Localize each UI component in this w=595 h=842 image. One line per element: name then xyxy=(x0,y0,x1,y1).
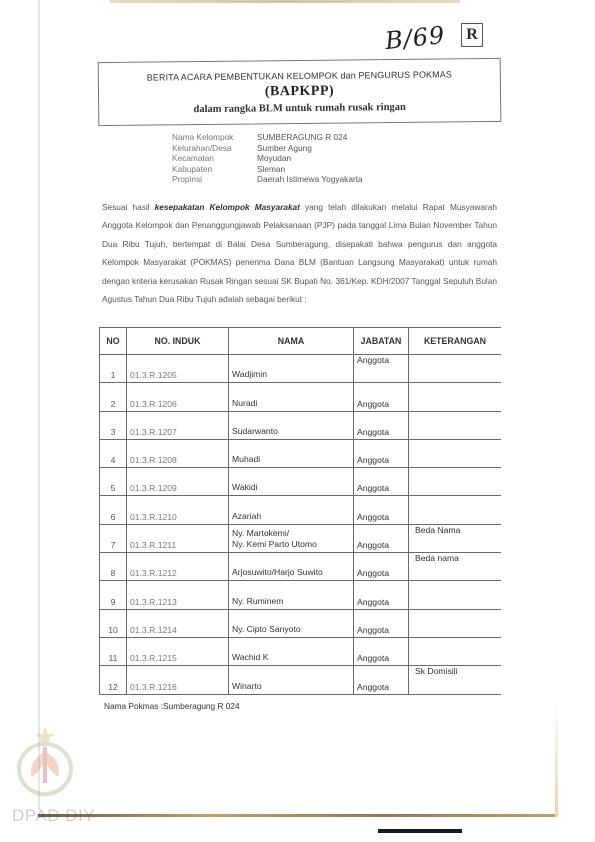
info-row: Nama Kelompok SUMBERAGUNG R 024 xyxy=(172,132,363,143)
pokmas-label: Nama Pokmas xyxy=(104,701,158,711)
cell-jabatan: Anggota xyxy=(354,496,409,524)
cell-jabatan: Anggota xyxy=(354,411,409,439)
info-row: Kelurahan/Desa Sumber Agung xyxy=(172,143,363,154)
cell-keterangan xyxy=(409,637,502,665)
cell-no: 8 xyxy=(100,553,127,581)
cell-no: 1 xyxy=(100,355,127,383)
paragraph-pre: Sesuai hasil xyxy=(102,202,155,212)
scan-bottom-edge xyxy=(38,814,556,817)
cell-jabatan: Anggota xyxy=(354,609,409,637)
cell-keterangan: Sk Domisili xyxy=(409,666,502,694)
info-row: Propinsi Daerah Istimewa Yogyakarta xyxy=(172,174,363,185)
info-label: Kabupaten xyxy=(172,164,257,175)
cell-no-induk: 01.3.R.1205 xyxy=(127,355,229,383)
members-table: NO NO. INDUK NAMA JABATAN KETERANGAN 101… xyxy=(99,327,501,695)
cell-no-induk: 01.3.R.1215 xyxy=(127,637,229,665)
table-row: 601.3.R.1210AzariahAnggota xyxy=(100,496,502,524)
cell-no: 7 xyxy=(100,524,127,552)
cell-no: 11 xyxy=(100,637,127,665)
scan-left-edge xyxy=(38,0,40,810)
info-label: Propinsi xyxy=(172,174,257,185)
cell-nama: Azariah xyxy=(229,496,354,524)
cell-no: 3 xyxy=(100,411,127,439)
cell-no-induk: 01.3.R.1207 xyxy=(127,411,229,439)
cell-keterangan xyxy=(409,468,502,496)
pokmas-value: :Sumberagung R 024 xyxy=(161,701,240,711)
paragraph-emphasis: kesepakatan Kelompok Masyarakat xyxy=(155,202,300,212)
cell-nama: Wadjimin xyxy=(229,355,354,383)
info-label: Kelurahan/Desa xyxy=(172,143,257,154)
header-no: NO xyxy=(100,328,127,355)
info-value: Sleman xyxy=(257,164,285,175)
cell-jabatan: Anggota xyxy=(354,666,409,694)
title-line-1: BERITA ACARA PEMBENTUKAN KELOMPOK dan PE… xyxy=(99,69,500,83)
title-line-2: (BAPKPP) xyxy=(99,82,500,102)
cell-nama: Sudarwanto xyxy=(229,411,354,439)
cell-jabatan: Anggota xyxy=(354,439,409,467)
cell-nama: Ny. Ruminem xyxy=(229,581,354,609)
cell-no-induk: 01.3.R.1211 xyxy=(127,524,229,552)
cell-no-induk: 01.3.R.1214 xyxy=(127,609,229,637)
table-row: 301.3.R.1207SudarwantoAnggota xyxy=(100,411,502,439)
cell-jabatan: Anggota xyxy=(354,383,409,411)
cell-no: 4 xyxy=(100,439,127,467)
table-row: 201.3.R.1206NuradiAnggota xyxy=(100,383,502,411)
info-label: Kecamatan xyxy=(172,153,257,164)
header-nama: NAMA xyxy=(229,328,354,355)
cell-keterangan xyxy=(409,383,502,411)
cell-nama: Muhadi xyxy=(229,439,354,467)
cell-nama: Winarto xyxy=(229,666,354,694)
cell-keterangan xyxy=(409,581,502,609)
cell-jabatan: Anggota xyxy=(354,553,409,581)
cell-jabatan: Anggota xyxy=(354,637,409,665)
info-row: Kecamatan Moyudan xyxy=(172,153,363,164)
info-value: SUMBERAGUNG R 024 xyxy=(257,132,347,143)
info-row: Kabupaten Sleman xyxy=(172,164,363,175)
cell-nama: Wachid K xyxy=(229,637,354,665)
table-row: 901.3.R.1213Ny. RuminemAnggota xyxy=(100,581,502,609)
scan-top-edge xyxy=(110,0,460,3)
cell-jabatan: Anggota xyxy=(354,468,409,496)
table-row: 1101.3.R.1215Wachid KAnggota xyxy=(100,637,502,665)
table-row: 501.3.R.1209WakidiAnggota xyxy=(100,468,502,496)
cell-no-induk: 01.3.R.1206 xyxy=(127,383,229,411)
cell-jabatan: Anggota xyxy=(354,581,409,609)
cell-no: 2 xyxy=(100,383,127,411)
cell-nama: Nuradi xyxy=(229,383,354,411)
cell-no-induk: 01.3.R.1210 xyxy=(127,496,229,524)
info-value: Sumber Agung xyxy=(257,143,312,154)
document-title-box: BERITA ACARA PEMBENTUKAN KELOMPOK dan PE… xyxy=(98,58,502,126)
cell-keterangan: Beda nama xyxy=(409,553,502,581)
info-value: Daerah Istimewa Yogyakarta xyxy=(257,174,363,185)
agreement-paragraph: Sesuai hasil kesepakatan Kelompok Masyar… xyxy=(102,198,497,308)
cell-no: 6 xyxy=(100,496,127,524)
cell-no-induk: 01.3.R.1213 xyxy=(127,581,229,609)
yogyakarta-emblem-icon xyxy=(14,725,76,801)
title-line-3: dalam rangka BLM untuk rumah rusak ringa… xyxy=(99,101,500,116)
header-jabatan: JABATAN xyxy=(354,328,409,355)
cell-no-induk: 01.3.R.1216 xyxy=(127,666,229,694)
boxed-letter: R xyxy=(461,23,483,47)
cell-no: 5 xyxy=(100,468,127,496)
cell-no-induk: 01.3.R.1208 xyxy=(127,439,229,467)
cell-keterangan: Beda Nama xyxy=(409,524,502,552)
cell-no: 9 xyxy=(100,581,127,609)
header-keterangan: KETERANGAN xyxy=(409,328,502,355)
cell-keterangan xyxy=(409,411,502,439)
paragraph-post: yang telah dilakukan melalui Rapat Musya… xyxy=(102,202,497,304)
table-row: 1001.3.R.1214Ny. Cipto SanyotoAnggota xyxy=(100,609,502,637)
info-value: Moyudan xyxy=(257,153,291,164)
cell-keterangan xyxy=(409,355,502,383)
cell-no-induk: 01.3.R.1209 xyxy=(127,468,229,496)
cell-nama: Arjosuwito/Harjo Suwito xyxy=(229,553,354,581)
cell-no: 12 xyxy=(100,666,127,694)
cell-nama: Ny. Cipto Sanyoto xyxy=(229,609,354,637)
table-row: 101.3.R.1205WadjiminAnggota xyxy=(100,355,502,383)
cell-keterangan xyxy=(409,609,502,637)
cell-keterangan xyxy=(409,439,502,467)
scan-right-edge xyxy=(555,700,558,817)
cell-nama: Ny. Martokemi/ Ny. Kemi Parto Utomo xyxy=(229,524,354,552)
header-no-induk: NO. INDUK xyxy=(127,328,229,355)
table-header-row: NO NO. INDUK NAMA JABATAN KETERANGAN xyxy=(100,328,502,355)
cell-no: 10 xyxy=(100,609,127,637)
cell-no-induk: 01.3.R.1212 xyxy=(127,553,229,581)
cell-nama: Wakidi xyxy=(229,468,354,496)
footer-pokmas: Nama Pokmas :Sumberagung R 024 xyxy=(104,701,240,711)
table-row: 401.3.R.1208MuhadiAnggota xyxy=(100,439,502,467)
cell-jabatan: Anggota xyxy=(354,524,409,552)
table-row: 801.3.R.1212Arjosuwito/Harjo SuwitoAnggo… xyxy=(100,553,502,581)
handwritten-code: B/69 xyxy=(384,21,447,55)
group-info: Nama Kelompok SUMBERAGUNG R 024 Keluraha… xyxy=(172,132,363,185)
table-row: 1201.3.R.1216WinartoAnggotaSk Domisili xyxy=(100,666,502,694)
info-label: Nama Kelompok xyxy=(172,132,257,143)
table-row: 701.3.R.1211Ny. Martokemi/ Ny. Kemi Part… xyxy=(100,524,502,552)
cell-keterangan xyxy=(409,496,502,524)
scan-bottom-bar xyxy=(378,829,462,833)
cell-jabatan: Anggota xyxy=(354,355,409,383)
